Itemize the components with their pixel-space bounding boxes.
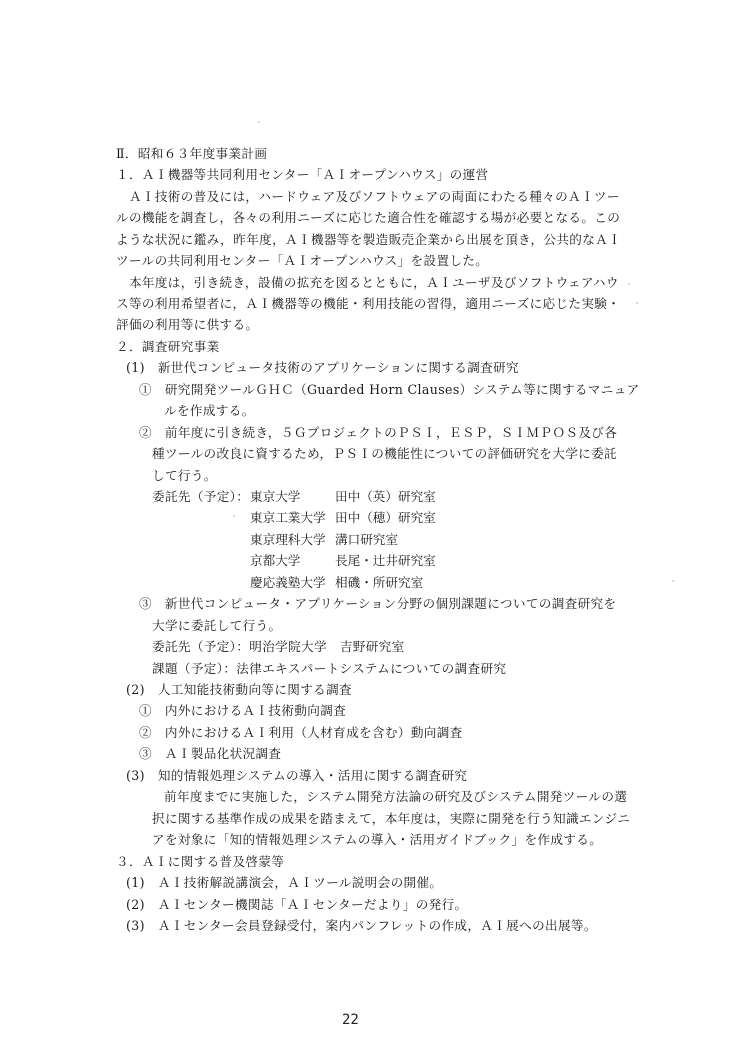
- sub3-para-line3: アを対象に「知的情報処理システムの導入・活用ガイドブック」を作成する。: [152, 832, 602, 848]
- contractor-lab: 相磯・所研究室: [335, 575, 423, 591]
- contractor-university: 東京大学: [250, 489, 300, 505]
- page-number: 22: [342, 1012, 359, 1028]
- sub1-item2-line1: ② 前年度に引き続き，５ＧプロジェクトのＰＳＩ，ＥＳＰ，ＳＩＭＰＯＳ及び各: [139, 425, 579, 441]
- section-2-sub2-title: (2) 人工知能技術動向等に関する調査: [126, 682, 352, 698]
- sub1-item1-line1: ① 研究開発ツールＧＨＣ（Guarded Horn Clauses）システム等に…: [139, 382, 579, 398]
- contractor-lab: 長尾・辻井研究室: [335, 553, 436, 569]
- section-1-para1-line3: ような状況に鑑み，昨年度，ＡＩ機器等を製造販売企業から出展を頂き，公共的なＡＩ: [116, 232, 578, 248]
- section-3-item: (1) ＡＩ技術解説講演会，ＡＩツール説明会の開催。: [126, 875, 442, 891]
- contractor-lab: 田中（穂）研究室: [335, 510, 436, 526]
- section-2-sub3-title: (3) 知的情報処理システムの導入・活用に関する調査研究: [126, 768, 467, 784]
- contractor-university: 慶応義塾大学: [250, 575, 326, 591]
- section-3-item: (3) ＡＩセンター会員登録受付，案内パンフレットの作成，ＡＩ展への出展等。: [126, 918, 597, 934]
- scan-speck: [258, 121, 260, 123]
- sub1-item3-contractor: 委託先（予定）：明治学院大学 吉野研究室: [152, 639, 405, 655]
- document-page: Ⅱ．昭和６３年度事業計画 １．ＡＩ機器等共同利用センター「ＡＩオープンハウス」の…: [0, 0, 750, 1054]
- scan-speck: [628, 283, 630, 285]
- sub2-item: ② 内外におけるＡＩ利用（人材育成を含む）動向調査: [139, 725, 463, 741]
- contractor-label: 委託先（予定）：: [152, 489, 249, 505]
- section-1-para2-line2: ス等の利用希望者に，ＡＩ機器等の機能・利用技能の習得，適用ニーズに応じた実験・: [116, 296, 578, 312]
- sub2-item: ① 内外におけるＡＩ技術動向調査: [139, 703, 346, 719]
- contractor-lab: 溝口研究室: [335, 532, 398, 548]
- sub3-para-line1: 前年度までに実施した，システム開発方法論の研究及びシステム開発ツールの選: [164, 789, 579, 805]
- contractor-university: 京都大学: [250, 553, 300, 569]
- section-2-title: ２．調査研究事業: [116, 339, 220, 355]
- section-1-para1-line4: ツールの共同利用センター「ＡＩオープンハウス」を設置した。: [116, 253, 488, 269]
- scan-speck: [636, 302, 638, 304]
- section-1-title: １．ＡＩ機器等共同利用センター「ＡＩオープンハウス」の運営: [116, 167, 488, 183]
- section-1-para2-line3: 評価の利用等に供する。: [116, 317, 258, 333]
- chapter-heading: Ⅱ．昭和６３年度事業計画: [116, 146, 267, 162]
- sub1-item2-line2: 種ツールの改良に資するため，ＰＳＩの機能性についての評価研究を大学に委託: [152, 446, 579, 462]
- section-3-item: (2) ＡＩセンター機関誌「ＡＩセンターだより」の発行。: [126, 897, 467, 913]
- scan-speck: [672, 580, 674, 582]
- scan-speck: [233, 515, 235, 517]
- section-3-title: ３．ＡＩに関する普及啓蒙等: [116, 854, 284, 870]
- sub1-item3-line1: ③ 新世代コンピュータ・アプリケーション分野の個別課題についての調査研究を: [139, 596, 579, 612]
- contractor-university: 東京工業大学: [250, 510, 326, 526]
- sub1-item2-line3: して行う。: [152, 468, 217, 484]
- sub1-item1-line2: ルを作成する。: [164, 403, 255, 419]
- section-1-para1-line2: ルの機能を調査し，各々の利用ニーズに応じた適合性を確認する場が必要となる。この: [116, 210, 578, 226]
- sub2-item: ③ ＡＩ製品化状況調査: [139, 746, 281, 762]
- contractor-university: 東京理科大学: [250, 532, 326, 548]
- sub3-para-line2: 択に関する基準作成の成果を踏まえて，本年度は，実際に開発を行う知識エンジニ: [152, 811, 579, 827]
- section-1-para2-line1: 本年度は，引き続き，設備の拡充を図るとともに，ＡＩユーザ及びソフトウェアハウ: [116, 275, 578, 291]
- contractor-lab: 田中（英）研究室: [335, 489, 436, 505]
- section-1-para1-line1: ＡＩ技術の普及には，ハードウェア及びソフトウェアの両面にわたる種々のＡＩツー: [116, 189, 578, 205]
- sub1-item3-topic: 課題（予定）：法律エキスパートシステムについての調査研究: [152, 661, 506, 677]
- section-2-sub1-title: (1) 新世代コンピュータ技術のアプリケーションに関する調査研究: [126, 360, 519, 376]
- sub1-item3-line2: 大学に委託して行う。: [152, 618, 281, 634]
